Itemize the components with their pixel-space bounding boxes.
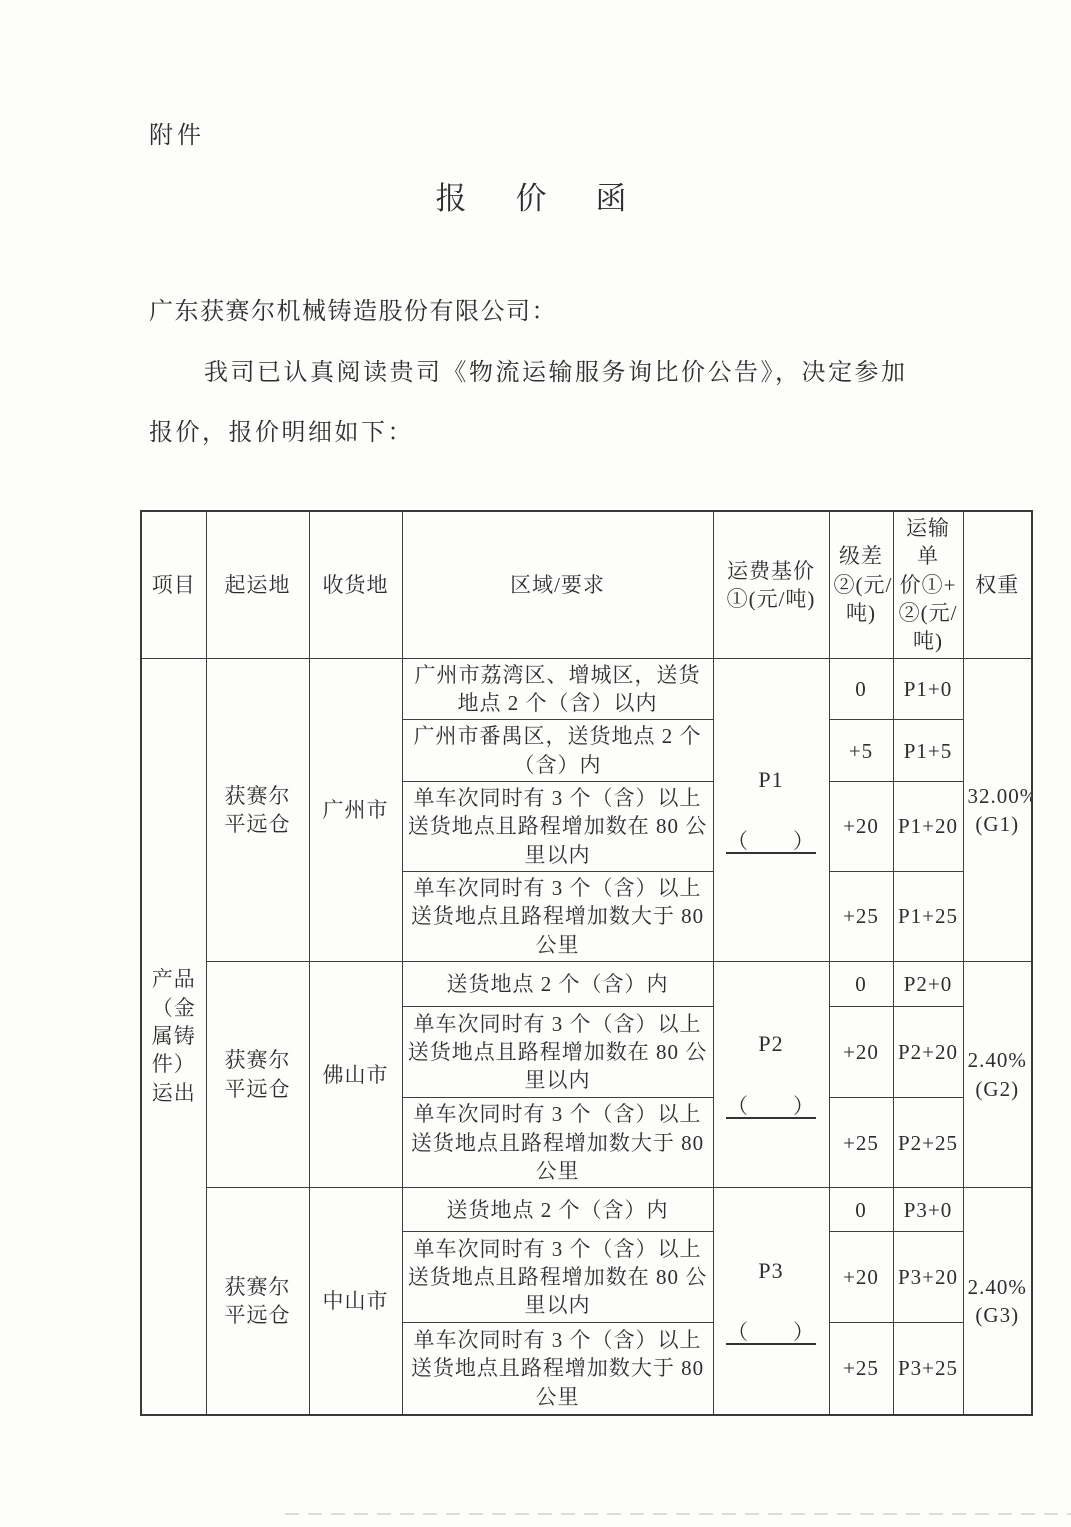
scanned-quotation-page: 附件 报 价 函 广东获赛尔机械铸造股份有限公司： 我司已认真阅读贵司《物流运输… (0, 0, 1071, 1527)
region-cell: 单车次同时有 3 个（含）以上送货地点且路程增加数在 80 公里以内 (402, 782, 713, 872)
weight-cell: 32.00% (G1) (963, 658, 1032, 961)
header-item: 项目 (141, 511, 206, 658)
body-line-2: 报价，报价明细如下： (149, 412, 414, 447)
region-cell: 送货地点 2 个（含）内 (402, 1188, 713, 1232)
header-origin: 起运地 (206, 511, 309, 658)
blank-underline: （ ） (726, 830, 816, 854)
item-cell: 产品 （金 属铸 件） 运出 (141, 658, 206, 1414)
unit-price-cell: P2+0 (893, 962, 963, 1007)
region-cell: 广州市番禺区，送货地点 2 个（含）内 (402, 720, 713, 782)
grade-diff-cell: 0 (829, 962, 893, 1007)
unit-price-cell: P1+0 (893, 658, 963, 720)
body-line-1: 我司已认真阅读贵司《物流运输服务询比价公告》，决定参加 (204, 352, 908, 387)
base-price-blank: （ ） (718, 1318, 825, 1346)
base-price-cell: P3 （ ） (713, 1188, 829, 1415)
recipient-line: 广东获赛尔机械铸造股份有限公司： (149, 291, 557, 326)
grade-diff-cell: +5 (829, 720, 893, 782)
base-price-code: P2 (718, 1029, 825, 1059)
blank-underline: （ ） (726, 1321, 816, 1345)
region-cell: 单车次同时有 3 个（含）以上送货地点且路程增加数大于 80 公里 (402, 1323, 713, 1415)
unit-price-cell: P1+5 (893, 720, 963, 782)
region-cell: 单车次同时有 3 个（含）以上送货地点且路程增加数大于 80 公里 (402, 1098, 713, 1188)
unit-price-cell: P1+25 (893, 872, 963, 962)
unit-price-cell: P3+0 (893, 1188, 963, 1232)
base-price-code: P3 (718, 1256, 825, 1286)
document-title: 报 价 函 (0, 173, 1071, 218)
grade-diff-cell: +25 (829, 1323, 893, 1415)
grade-diff-cell: 0 (829, 1188, 893, 1232)
grade-diff-cell: +25 (829, 872, 893, 962)
base-price-blank: （ ） (718, 1092, 825, 1120)
weight-cell: 2.40% (G3) (963, 1188, 1032, 1415)
base-price-blank: （ ） (718, 827, 825, 855)
grade-diff-cell: +25 (829, 1098, 893, 1188)
weight-cell: 2.40% (G2) (963, 962, 1032, 1188)
base-price-cell: P1 （ ） (713, 658, 829, 961)
region-cell: 送货地点 2 个（含）内 (402, 962, 713, 1007)
header-destination: 收货地 (309, 511, 402, 658)
grade-diff-cell: +20 (829, 1232, 893, 1323)
header-region: 区域/要求 (402, 511, 713, 658)
grade-diff-cell: +20 (829, 782, 893, 872)
table-row: 获赛尔 平远仓 中山市 送货地点 2 个（含）内 P3 （ ） 0 P3+0 2… (141, 1188, 1032, 1232)
base-price-code: P1 (718, 765, 825, 795)
origin-cell: 获赛尔 平远仓 (206, 962, 309, 1188)
unit-price-cell: P3+25 (893, 1323, 963, 1415)
scan-artifact-line (285, 1513, 1071, 1515)
origin-cell: 获赛尔 平远仓 (206, 1188, 309, 1415)
attachment-label: 附件 (149, 115, 205, 150)
grade-diff-cell: 0 (829, 658, 893, 720)
unit-price-cell: P1+20 (893, 782, 963, 872)
header-grade-diff: 级差 ②(元/ 吨) (829, 511, 893, 658)
destination-cell: 中山市 (309, 1188, 402, 1415)
quotation-table: 项目 起运地 收货地 区域/要求 运费基价 ①(元/吨) 级差 ②(元/ 吨) … (140, 510, 1033, 1416)
unit-price-cell: P2+25 (893, 1098, 963, 1188)
region-cell: 广州市荔湾区、增城区，送货地点 2 个（含）以内 (402, 658, 713, 720)
table-row: 产品 （金 属铸 件） 运出 获赛尔 平远仓 广州市 广州市荔湾区、增城区，送货… (141, 658, 1032, 720)
grade-diff-cell: +20 (829, 1007, 893, 1098)
origin-cell: 获赛尔 平远仓 (206, 658, 309, 961)
unit-price-cell: P3+20 (893, 1232, 963, 1323)
header-base-price: 运费基价 ①(元/吨) (713, 511, 829, 658)
destination-cell: 佛山市 (309, 962, 402, 1188)
table-header-row: 项目 起运地 收货地 区域/要求 运费基价 ①(元/吨) 级差 ②(元/ 吨) … (141, 511, 1032, 658)
header-weight: 权重 (963, 511, 1032, 658)
unit-price-cell: P2+20 (893, 1007, 963, 1098)
region-cell: 单车次同时有 3 个（含）以上送货地点且路程增加数在 80 公里以内 (402, 1232, 713, 1323)
base-price-cell: P2 （ ） (713, 962, 829, 1188)
blank-underline: （ ） (726, 1095, 816, 1119)
table-row: 获赛尔 平远仓 佛山市 送货地点 2 个（含）内 P2 （ ） 0 P2+0 2… (141, 962, 1032, 1007)
region-cell: 单车次同时有 3 个（含）以上送货地点且路程增加数在 80 公里以内 (402, 1007, 713, 1098)
header-unit-price: 运输单 价①+ ②(元/ 吨) (893, 511, 963, 658)
destination-cell: 广州市 (309, 658, 402, 961)
region-cell: 单车次同时有 3 个（含）以上送货地点且路程增加数大于 80 公里 (402, 872, 713, 962)
